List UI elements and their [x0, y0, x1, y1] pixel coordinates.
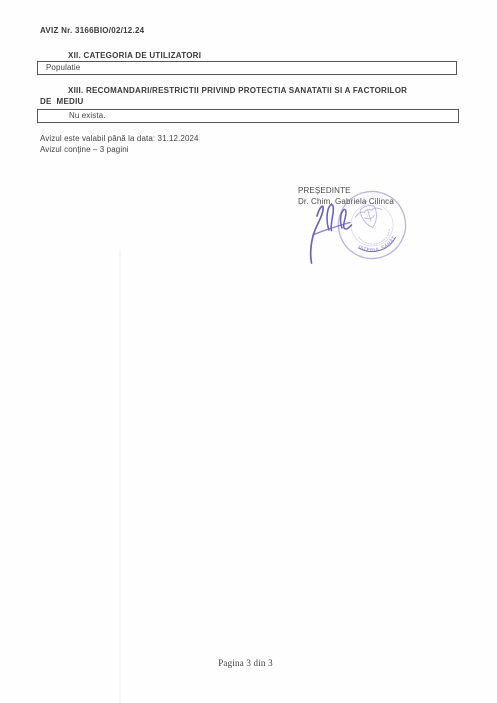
- document-page: AVIZ Nr. 3166BIO/02/12.24 XII. CATEGORIA…: [0, 0, 497, 703]
- section-xii-value: Populatie: [38, 62, 456, 74]
- page-count-note: Avizul conţine – 3 pagini: [40, 145, 129, 154]
- section-xiii-value: Nu exista.: [38, 110, 458, 122]
- section-xiii-value-box: Nu exista.: [37, 109, 459, 123]
- section-xii-value-box: Populatie: [37, 61, 457, 75]
- stamp-arc-text: MINISTERUL SĂNĂTĂŢII: [296, 183, 400, 267]
- stamp-emblem-icon: [352, 197, 387, 232]
- handwritten-signature: [311, 205, 352, 263]
- validity-note: Avizul este valabil până la data: 31.12.…: [40, 134, 199, 143]
- section-xiii-title-line-1: XIII. RECOMANDARI/RESTRICTII PRIVIND PRO…: [68, 86, 407, 95]
- page-number-footer: Pagina 3 din 3: [0, 658, 494, 668]
- stamp-and-signature: MINISTERUL SĂNĂTĂŢII: [296, 183, 416, 267]
- svg-text:MINISTERUL SĂNĂTĂŢII: MINISTERUL SĂNĂTĂŢII: [296, 183, 400, 267]
- scan-fold-line: [119, 250, 121, 703]
- document-number: AVIZ Nr. 3166BIO/02/12.24: [40, 26, 144, 35]
- section-xiii-title-line-2: DE MEDIU: [40, 97, 84, 106]
- section-xii-title: XII. CATEGORIA DE UTILIZATORI: [68, 51, 201, 60]
- official-round-stamp: MINISTERUL SĂNĂTĂŢII: [296, 183, 413, 267]
